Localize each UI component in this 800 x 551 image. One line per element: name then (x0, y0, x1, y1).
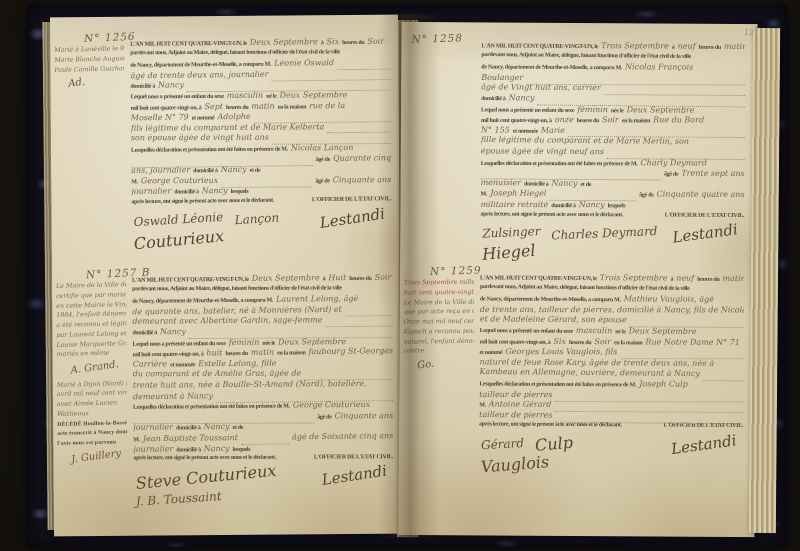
handwritten-text: Charly Deymard (641, 159, 707, 167)
printed-text: heures du (699, 45, 721, 51)
handwritten-text: Soir (602, 116, 619, 124)
signature: J. B. Toussaint (133, 486, 228, 509)
printed-text: heures du (226, 104, 248, 110)
margin-note-line: 1884, l'enfant dénommé ci-contre (56, 309, 126, 319)
handwritten-text: Deux Septembre (627, 106, 695, 114)
handwritten-text: de quarante ans, batelier, né à Monnière… (132, 306, 342, 317)
dotted-rule (133, 415, 314, 424)
signature: Gérard (479, 434, 531, 454)
printed-text: âgé de (317, 414, 331, 420)
printed-label: L'OFFICIER DE L'ÉTAT CIVIL. (665, 212, 745, 218)
printed-text: né le (266, 94, 276, 100)
printed-text: en la maison (622, 118, 650, 124)
printed-text: pardevant nous, Adjoint au Maire, délégu… (481, 52, 691, 60)
dotted-rule (216, 392, 393, 402)
handwritten-text: onze (555, 116, 574, 124)
handwritten-text: Nancy (204, 423, 230, 431)
printed-text: âgé de (664, 172, 678, 178)
printed-text: pardevant nous, Adjoint au Maire, délégu… (130, 49, 340, 56)
handwritten-text: féminin (577, 106, 608, 114)
margin-signature: J. Guillery (57, 447, 122, 469)
margin-signature: Ad. (54, 73, 86, 95)
corner-pencil-note: 12 (744, 28, 754, 37)
dotted-rule (271, 72, 390, 81)
margin-annotations (400, 32, 477, 268)
handwritten-text: Trois Septembre (600, 274, 668, 282)
handwritten-text: Rue Notre Dame N° 71 (645, 338, 739, 347)
handwritten-text: demeurant à Nancy (133, 392, 213, 401)
printed-text: de Nancy, département de Meurthe-et-Mose… (481, 65, 622, 72)
printed-text: après lecture, ont signé le présent acte… (480, 211, 623, 218)
margin-note-line: avec Aimée Lucien (57, 399, 117, 408)
printed-text: L'AN MIL HUIT CENT QUATRE-VINGT-UN, le (130, 41, 247, 48)
handwritten-text: Georges Louis Vauglois, fils (505, 348, 617, 356)
handwritten-text: Antoine Gérard (489, 401, 552, 409)
printed-text: mil huit cent quatre-vingt-un, à (131, 105, 202, 112)
dotted-rule (549, 193, 636, 202)
printed-text: à (672, 45, 675, 51)
printed-text: Lesquelles déclaration et présentation o… (131, 146, 288, 153)
handwritten-text: Cinquante ans (333, 176, 392, 184)
handwritten-text: masculin (227, 92, 263, 100)
margin-note-line: Kopsch a reconnu pour son fils (404, 327, 474, 335)
printed-text: de Nancy, département de Meurthe-et-Mose… (480, 297, 621, 304)
handwritten-text: faubourg St-Georges (308, 347, 392, 356)
margin-note-line: Wattieaux (57, 410, 89, 418)
margin-note-line: avril mil neuf cent vingt huit (57, 389, 127, 398)
printed-text: heures du (342, 40, 364, 46)
dotted-rule (189, 330, 393, 339)
printed-text: en la maison (614, 340, 642, 346)
handwritten-text: Deux Septembre (278, 338, 346, 347)
handwritten-text: Deux Septembre (250, 38, 318, 47)
handwritten-text: George Couturieux (293, 401, 370, 410)
printed-text: âgé de (315, 178, 329, 184)
printed-text: après lecture, ont signé le présent acte… (131, 197, 274, 205)
margin-note-line: en cette Mairie le Vingt Décembre (56, 300, 126, 310)
printed-text: et nommé (192, 115, 215, 121)
signature: Charles Deymard (549, 221, 664, 243)
handwritten-text: Boulanger (481, 74, 523, 82)
handwritten-text: Sept (204, 103, 223, 111)
printed-text: en la maison (278, 104, 306, 110)
printed-text: Lesquelles déclaration et présentation o… (481, 161, 638, 167)
handwritten-text: menuisier (481, 179, 521, 187)
handwritten-text: Deux Septembre (279, 91, 347, 99)
handwritten-text: rue de la (309, 102, 345, 110)
printed-text: et nommée (513, 128, 538, 134)
handwritten-text: tailleur de pierres (479, 411, 552, 420)
page-right: N° 1258L'AN MIL HUIT CENT QUATRE-VINGT-U… (398, 22, 757, 537)
printed-text: domicilié à (174, 190, 199, 196)
handwritten-text: trente huit ans, née à Bouille-St-Amand … (133, 380, 367, 390)
printed-text: et de (580, 182, 591, 188)
handwritten-text: Quarante cinq (333, 154, 391, 163)
handwritten-text: George Couturieux (141, 177, 218, 185)
printed-text: lesquels (608, 203, 626, 209)
dotted-rule (241, 436, 289, 445)
printed-text: et de (250, 168, 261, 174)
handwritten-text: Six (553, 337, 566, 345)
printed-text: née le (611, 108, 624, 114)
margin-note-line: Louise Marguerite Grandjean (56, 339, 126, 348)
handwritten-text: Nancy (160, 328, 186, 336)
printed-text: après lecture, ont signé le présent acte… (479, 422, 622, 429)
printed-text: à (670, 277, 673, 283)
handwritten-text: Marie (541, 127, 565, 135)
act-body: L'AN MIL HUIT CENT QUATRE-VINGT-UN, leDe… (128, 265, 402, 531)
handwritten-text: Nicolas François (625, 63, 693, 71)
handwritten-text: âgé de Vingt huit ans, carrier (481, 84, 601, 93)
handwritten-text: Léonie Oswald (274, 59, 334, 67)
margin-note-line: a été reconnu et légitimé (56, 320, 126, 329)
handwritten-text: féminin (229, 338, 260, 346)
handwritten-text: Nicolas Lançon (291, 144, 354, 152)
handwritten-text: tailleur de pierres (479, 391, 552, 399)
printed-label: L'OFFICIER DE L'ÉTAT CIVIL. (314, 454, 394, 460)
printed-text: M. (480, 192, 487, 198)
printed-text: Lesquelles déclaration et présentation o… (133, 404, 290, 411)
signature: Lançon (232, 208, 285, 228)
dotted-rule (620, 351, 743, 359)
record-1256: N° 1256Marié à Lunéville le 9 avecMarie … (50, 29, 400, 274)
printed-text: Lequel nous a présenté un enfant du sexe (480, 328, 573, 335)
printed-text: et de (233, 425, 244, 431)
printed-text: M. (479, 403, 486, 409)
handwritten-text: Nancy (579, 201, 605, 209)
fore-edge-page-stack (749, 28, 780, 533)
dotted-rule (526, 76, 745, 84)
printed-text: née le (262, 340, 275, 346)
printed-text: âgé de (639, 193, 653, 199)
handwritten-text: Kambeau en Allemagne, ouvrière, demeuran… (479, 368, 700, 378)
handwritten-text: journalier (133, 424, 173, 432)
printed-text: Lesquelles déclaration et présentation o… (479, 381, 636, 388)
dotted-rule (272, 136, 391, 145)
handwritten-text: âgé de trente deux ans, journalier (130, 70, 268, 80)
handwritten-text: âgé de Soixante cinq ans (292, 432, 393, 441)
record-1259: N° 1259Trois Septembre millehuit cent qu… (398, 264, 752, 532)
printed-text: domicilié à (132, 330, 157, 336)
officer-signature: Lestandi (668, 429, 744, 459)
handwritten-text: du comparant et de Amélie Gras, âgée de (133, 370, 301, 379)
printed-text: heures du (569, 340, 591, 346)
handwritten-text: Jean Baptiste Toussaint (143, 434, 238, 443)
dotted-rule (221, 179, 312, 187)
book-scan: N° 1256Marié à Lunéville le 9 avecMarie … (0, 0, 800, 551)
handwritten-text: Trois Septembre (601, 42, 669, 50)
handwritten-text: Laurent Lelong, âgé (276, 295, 358, 304)
deceased-stamp-line: acte transcrit à Nancy dont (57, 430, 127, 438)
handwritten-text: matin (723, 275, 745, 283)
handwritten-text: Nancy (509, 94, 535, 102)
printed-text: heures du (577, 118, 599, 124)
printed-text: à (323, 276, 326, 282)
margin-note-line: Marié à Lunéville le 9 avec (54, 45, 124, 54)
handwritten-text: Trente sept ans (681, 170, 744, 178)
margin-note-line: naturel, l'enfant dénommé ci- (404, 337, 474, 345)
handwritten-text: Estelle Lelong, fille (198, 359, 276, 368)
printed-text: heures du (349, 276, 371, 282)
printed-text: L'AN MIL HUIT CENT QUATRE-VINGT-UN, le (481, 43, 598, 50)
handwritten-text: neuf (678, 43, 696, 51)
printed-text: domicilié à (551, 203, 576, 209)
handwritten-text: Nancy (202, 187, 228, 195)
handwritten-text: militaire retraité (480, 201, 548, 209)
handwritten-text: Rue du Bord (653, 116, 704, 124)
printed-text: mil huit cent quatre-vingt-un, à (481, 118, 552, 124)
margin-annotations: Marié à Lunéville le 9 avecMarie Blanche… (50, 31, 128, 274)
handwritten-text: huit (206, 349, 222, 357)
red-margin-note: Trois Septembre mille (404, 279, 474, 287)
margin-annotations: Le Maire de la Ville de Nancycertifie qu… (52, 267, 130, 532)
handwritten-text: fille légitime du comparant et de Marie … (481, 136, 689, 146)
handwritten-text: Mathieu Vauglois, âgé (624, 295, 714, 304)
signature: Vauglois (478, 450, 556, 477)
margin-note-line: Onze mai mil neuf cent trois, (404, 317, 474, 325)
handwritten-text: Nancy (158, 82, 184, 90)
printed-text: M. (131, 179, 138, 185)
handwritten-text: matin (251, 349, 274, 357)
handwritten-text: Nancy (204, 444, 230, 452)
handwritten-text: et de Madeleine Gérard, son épouse (480, 316, 627, 325)
dotted-rule (555, 393, 743, 401)
printed-text: de Nancy, département de Meurthe-et-Mose… (132, 298, 273, 305)
margin-note-line: Paule Camille Guichard (54, 65, 124, 74)
handwritten-text: Huit (328, 274, 346, 282)
handwritten-text: épouse âgée de vingt neuf ans (481, 147, 604, 156)
margin-note-line: que par acte reçu en cette Mairie le (404, 307, 474, 315)
handwritten-text: Deux Septembre (629, 327, 697, 336)
margin-annotations: Trois Septembre millehuit cent quatre-vi… (398, 264, 476, 530)
page-left: N° 1256Marié à Lunéville le 9 avecMarie … (50, 15, 402, 537)
printed-text: heures du (225, 351, 247, 357)
printed-text: en la maison (277, 350, 305, 356)
handwritten-text: journalier (133, 445, 173, 453)
printed-text: domicilié à (193, 168, 218, 174)
deceased-stamp-line: DÉCÉDÉ Houllon-la-Bassée le (57, 419, 127, 427)
handwritten-text: Nancy (551, 179, 577, 187)
handwritten-text: Cinquante quatre ans (657, 191, 745, 200)
handwritten-text: Joseph Hiegel (490, 190, 546, 198)
record-number: N° 1258 (411, 32, 463, 45)
printed-text: domicilié à (176, 447, 201, 453)
handwritten-text: journalier (131, 188, 171, 196)
printed-text: âgé de (316, 156, 330, 162)
signature: Zulsinger (480, 221, 547, 241)
dotted-rule (607, 151, 745, 160)
printed-text: de Nancy, département de Meurthe-et-Mose… (130, 62, 271, 69)
margin-note-line: certifie que par mariage célébré (56, 290, 126, 300)
act-body: L'AN MIL HUIT CENT QUATRE-VINGT-UN, leTr… (476, 32, 753, 270)
printed-text: domicilié à (176, 426, 201, 432)
record-number: N° 1259 (430, 265, 482, 278)
handwritten-text: Adolphe (217, 113, 250, 121)
handwritten-text: Nancy (221, 166, 247, 174)
printed-text: né le (615, 329, 625, 335)
handwritten-text: masculin (576, 327, 612, 335)
margin-note-line: contre. (404, 348, 427, 355)
printed-text: domicilié à (130, 84, 155, 90)
printed-text: heures du (697, 277, 719, 283)
handwritten-text: N° 155 (481, 126, 510, 134)
printed-text: L'AN MIL HUIT CENT QUATRE-VINGT-UN, le (480, 275, 597, 282)
printed-text: pardevant nous, Adjoint au Maire, délégu… (132, 285, 342, 292)
handwritten-text: Cinquante ans (335, 412, 394, 420)
dotted-rule (345, 308, 393, 317)
printed-text: lesquels (231, 189, 249, 195)
margin-note-line: Marié à Dijon (Nord) le 9 (57, 379, 127, 388)
margin-note-line: Marie Blanche Augustine (54, 55, 124, 64)
deceased-stamp-line: l'avis nous est parvenu (57, 440, 116, 447)
printed-text: mil huit cent quatre-vingt-un, à (133, 352, 204, 359)
printed-text: domicilié à (524, 181, 549, 187)
handwritten-text: Deux Septembre (252, 274, 320, 283)
margin-note-line: mariés en même (57, 350, 110, 358)
printed-text: pardevant nous, Adjoint au Maire, délégu… (480, 284, 690, 292)
printed-text: après lecture, ont signé le présent acte… (133, 455, 276, 462)
printed-label: L'OFFICIER DE L'ÉTAT CIVIL. (312, 196, 392, 203)
signature: Hiegel (479, 239, 542, 265)
handwritten-text: matin (251, 102, 274, 110)
record-1257: N° 1257 BLe Maire de la Ville de Nancyce… (52, 265, 402, 532)
handwritten-text: neuf (676, 275, 694, 283)
handwritten-text: matin (724, 43, 746, 51)
handwritten-text: son épouse âgée de vingt huit ans (131, 134, 269, 143)
dotted-rule (304, 372, 393, 380)
margin-note-line: Le Maire de la Ville de Nancy (56, 281, 126, 290)
handwritten-text: Soir (375, 274, 392, 282)
printed-text: et nommé (480, 350, 503, 356)
handwritten-text: Carrière (133, 360, 167, 368)
printed-text: mil huit cent quatre-vingt-un, à (480, 339, 551, 345)
signature: Couturieux (131, 224, 231, 254)
act-body: L'AN MIL HUIT CENT QUATRE-VINGT-UN, leDe… (126, 29, 400, 273)
margin-note-line: Le Maire de la Ville de Nancy certifie (404, 298, 474, 306)
handwritten-text: de trente ans, tailleur de pierres, domi… (480, 306, 744, 314)
handwritten-text: Soir (367, 38, 384, 46)
dotted-rule (131, 157, 313, 167)
printed-text: à (321, 40, 324, 46)
dotted-rule (555, 414, 743, 424)
red-margin-note: huit cent quatre-vingt-un (404, 288, 474, 296)
margin-signature: Go. (403, 356, 435, 377)
dotted-rule (325, 319, 392, 328)
margin-signature: A. Grand. (56, 358, 120, 380)
printed-text: Lequel nous a présenté un enfant du sexe (131, 94, 224, 100)
printed-text: M. (133, 437, 140, 443)
handwritten-text: Joseph Culp (639, 380, 688, 388)
act-body: L'AN MIL HUIT CENT QUATRE-VINGT-UN, leTr… (474, 264, 752, 532)
printed-text: lesquels (233, 446, 251, 452)
handwritten-text: naturel de feue Rose Kary, âgée de trent… (479, 358, 714, 367)
printed-text: Lequel nous a présenté un enfant du sexe (481, 107, 574, 114)
handwritten-text: Soir (594, 338, 611, 346)
printed-text: et nommée (170, 362, 195, 368)
record-number: N° 1256 (84, 31, 136, 45)
printed-text: Lequel nous a présenté un enfant du sexe (133, 341, 226, 348)
handwritten-text: Six (326, 38, 339, 46)
margin-note-line: par Laurent Lelong et Marie (56, 329, 126, 338)
printed-text: domicilié à (481, 96, 506, 102)
record-1258: N° 1258L'AN MIL HUIT CENT QUATRE-VINGT-U… (400, 32, 753, 270)
handwritten-text: Moselle N° 79 (131, 114, 189, 123)
dotted-rule (703, 373, 744, 381)
